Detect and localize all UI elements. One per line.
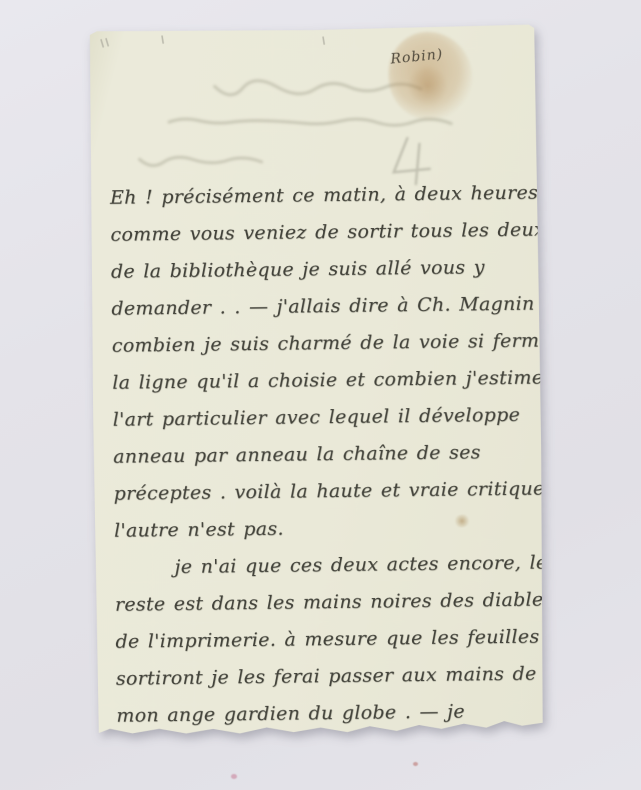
red-mark <box>413 762 418 766</box>
letter-line: la ligne qu'il a choisie et combien j'es… <box>112 360 520 402</box>
letter-line: de l'imprimerie. à mesure que les feuill… <box>115 619 523 661</box>
letter-line: anneau par anneau la chaîne de ses <box>113 434 521 476</box>
letter-line: je n'ai que ces deux actes encore, le <box>114 545 522 587</box>
letter-line: l'art particulier avec lequel il dévelop… <box>113 397 521 439</box>
letter-line: sortiront je les ferai passer aux mains … <box>116 656 524 698</box>
letter-line: de la bibliothèque je suis allé vous y <box>111 249 519 291</box>
letter-line: Eh ! précisément ce matin, à deux heures… <box>110 175 518 217</box>
letter-line: reste est dans les mains noires des diab… <box>115 582 523 624</box>
letter-line: préceptes . voilà la haute et vraie crit… <box>113 471 521 513</box>
letter-line: comme vous veniez de sortir tous les deu… <box>110 212 518 254</box>
ink-stain <box>388 31 473 120</box>
paper-sheet: Robin) Eh ! précisément ce matin, à deux… <box>88 25 545 736</box>
letter-paper: Robin) Eh ! précisément ce matin, à deux… <box>88 25 545 736</box>
letter-line: mon ange gardien du globe . — je <box>116 693 524 735</box>
letter-line: combien je suis charmé de la voie si fer… <box>112 323 520 365</box>
letter-text: Eh ! précisément ce matin, à deux heures… <box>110 175 525 735</box>
letter-line: demander . . — j'allais dire à Ch. Magni… <box>111 286 519 328</box>
photo-background: Robin) Eh ! précisément ce matin, à deux… <box>0 0 641 790</box>
pink-mark <box>231 774 237 779</box>
